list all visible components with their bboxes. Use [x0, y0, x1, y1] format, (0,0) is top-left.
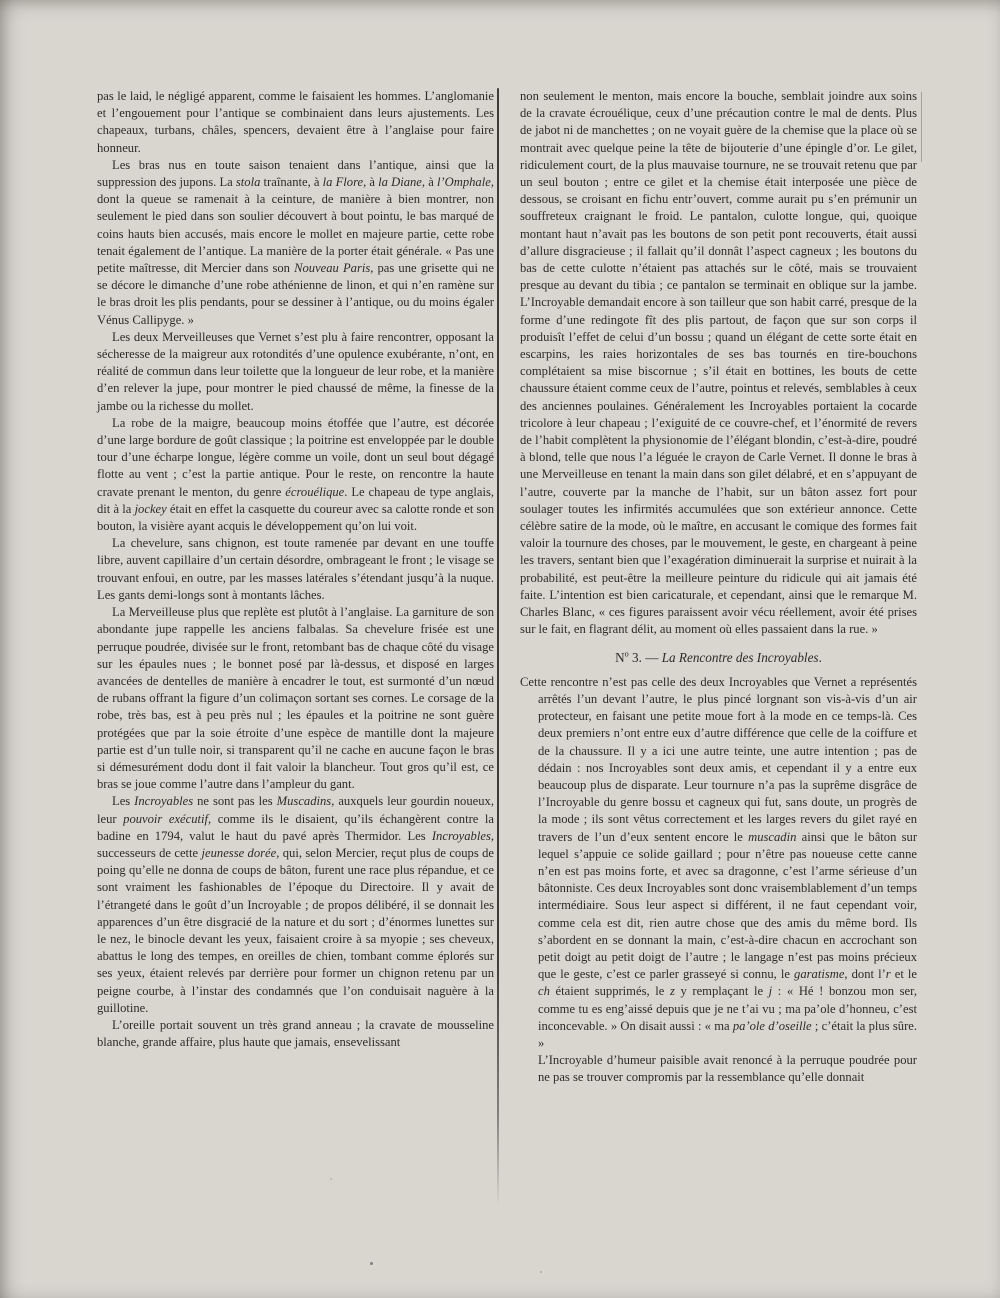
right-column: non seulement le menton, mais encore la …	[520, 88, 917, 1087]
paragraph: non seulement le menton, mais encore la …	[520, 88, 917, 639]
ink-speck	[370, 1262, 373, 1265]
paragraph: L’Incroyable d’humeur paisible avait ren…	[520, 1052, 917, 1086]
paragraph: La chevelure, sans chignon, est toute ra…	[97, 535, 494, 604]
paragraph: L’oreille portait souvent un très grand …	[97, 1017, 494, 1051]
paragraph: La robe de la maigre, beaucoup moins éto…	[97, 415, 494, 535]
column-divider-rule	[497, 88, 499, 1206]
paragraph: Les bras nus en toute saison tenaient da…	[97, 157, 494, 329]
page-edge-mark	[921, 92, 922, 162]
scanned-book-page: pas le laid, le négligé apparent, comme …	[0, 0, 1000, 1298]
paragraph: La Merveilleuse plus que replète est plu…	[97, 604, 494, 793]
section-heading: No 3. — La Rencontre des Incroyables.	[520, 649, 917, 666]
paragraph: Les Incroyables ne sont pas les Muscadin…	[97, 793, 494, 1017]
paragraph: Les deux Merveilleuses que Vernet s’est …	[97, 329, 494, 415]
paragraph: Cette rencontre n’est pas celle des deux…	[520, 674, 917, 1052]
ink-speck	[540, 1271, 542, 1273]
left-column: pas le laid, le négligé apparent, comme …	[97, 88, 494, 1051]
ink-speck	[330, 1178, 332, 1180]
paragraph: pas le laid, le négligé apparent, comme …	[97, 88, 494, 157]
